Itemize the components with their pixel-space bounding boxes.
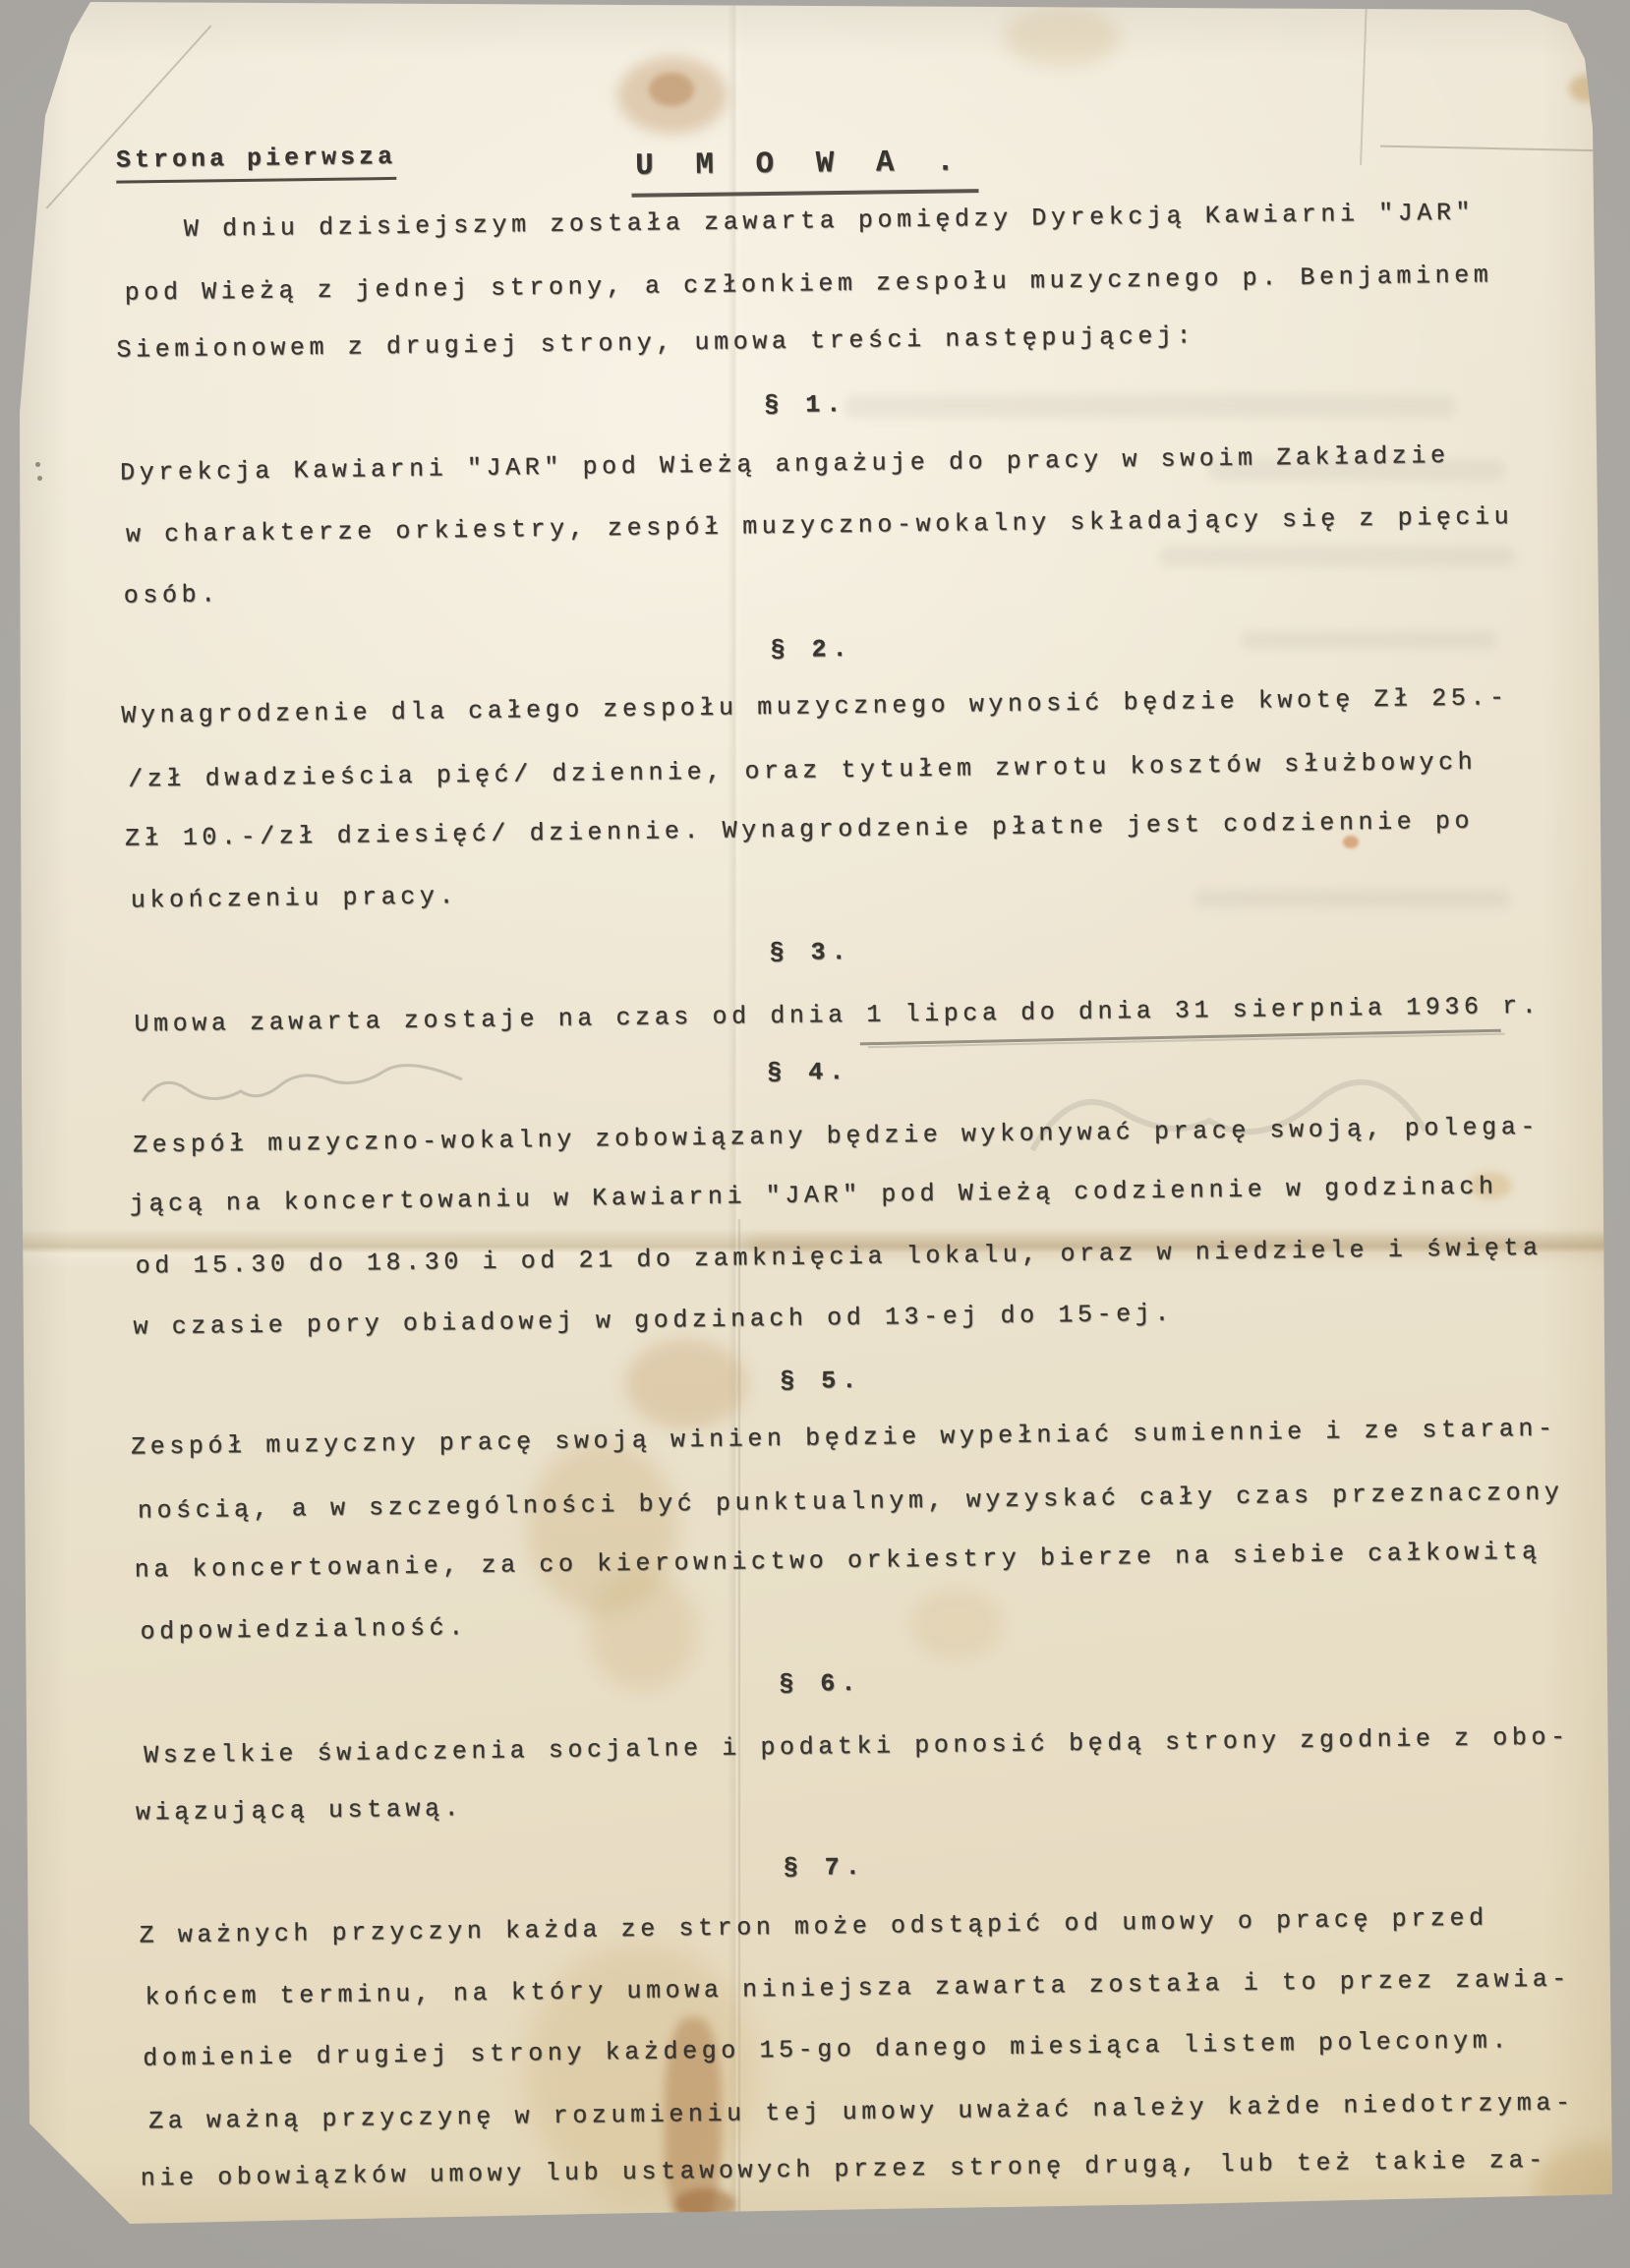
contract-line: /zł dwadzieścia pięć/ dziennie, oraz tyt… (128, 748, 1477, 794)
stain-top-center-core (649, 73, 694, 106)
showthrough-ghost (1194, 890, 1509, 907)
document-title: U M O W A . (631, 145, 978, 198)
typewritten-text: Strona pierwsza U M O W A . W dniu dzisi… (0, 0, 1630, 2268)
pencil-underline-dates (860, 1029, 1501, 1046)
contract-line: pod Wieżą z jednej strony, a członkiem z… (125, 261, 1493, 307)
contract-line: nie obowiązków umowy lub ustawowych prze… (141, 2146, 1547, 2193)
showthrough-ghost (1209, 460, 1504, 480)
stain-right-middle (1469, 1172, 1512, 1199)
contract-line: od 15.30 do 18.30 i od 21 do zamknięcia … (136, 1234, 1543, 1281)
contract-line: wiązującą ustawą. (136, 1794, 464, 1827)
stain-bottom-edge (674, 2188, 735, 2220)
stain-center-right (910, 1589, 1003, 1659)
stain-top-right-edge (1569, 75, 1604, 102)
contract-line: Umowa zawarta zostaje na czas od dnia 1 … (134, 992, 1541, 1039)
photo-of-contract: Strona pierwsza U M O W A . W dniu dzisi… (0, 0, 1630, 2268)
showthrough-ghost (1160, 547, 1514, 566)
contract-line: Zł 10.-/zł dziesięć/ dziennie. Wynagrodz… (125, 807, 1474, 853)
pencil-scribble-left (138, 1057, 472, 1126)
contract-line: Wszelkie świadczenia socjalne i podatki … (144, 1722, 1570, 1770)
stain-center-1 (625, 1339, 747, 1429)
top-left-corner-crease (46, 25, 212, 208)
section-heading: § 1. (764, 390, 846, 420)
contract-line: w charakterze orkiestry, zespół muzyczno… (126, 502, 1514, 549)
contract-line: w czasie pory obiadowej w godzinach od 1… (133, 1300, 1174, 1342)
contract-line: na koncertowanie, za co kierownictwo ork… (135, 1538, 1542, 1585)
showthrough-ghost (1241, 631, 1496, 649)
top-right-crease-horizontal (1380, 145, 1604, 152)
section-heading: § 3. (769, 938, 851, 967)
contract-line: osób. (124, 580, 220, 610)
contract-line: Siemionowem z drugiej strony, umowa treś… (116, 321, 1195, 364)
stain-bottom-right-corner (1534, 2143, 1630, 2232)
vertical-fold-crease (728, 0, 743, 2268)
contract-line: Za ważną przyczynę w rozumieniu tej umow… (148, 2088, 1575, 2135)
section-heading: § 7. (784, 1853, 866, 1883)
stain-top-smudge (1003, 8, 1121, 67)
contract-line: Dyrekcja Kawiarni "JAR" pod Wieżą angażu… (120, 441, 1450, 488)
contract-body: W dniu dzisiejszym została zawarta pomię… (0, 0, 1628, 4)
stain-fleck (1343, 836, 1359, 848)
contract-line: Wynagrodzenie dla całego zespołu muzyczn… (121, 683, 1509, 729)
stain-center-3 (588, 1571, 698, 1691)
section-heading: § 2. (770, 635, 852, 665)
contract-line: jącą na koncertowaniu w Kawiarni "JAR" p… (130, 1172, 1498, 1218)
section-heading: § 5. (780, 1367, 862, 1396)
paper-sheet: Strona pierwsza U M O W A . W dniu dzisi… (0, 0, 1630, 2268)
stain-bottom-drip (665, 2017, 722, 2229)
vertical-fold-crease-line (738, 1219, 740, 2229)
stain-center-2 (527, 1441, 678, 1614)
section-heading: § 6. (779, 1669, 861, 1699)
stain-bottom-halo (525, 1942, 756, 2202)
stain-top-center (617, 57, 728, 134)
contract-line: nością, a w szczególności być punktualny… (138, 1478, 1564, 1525)
contract-line: W dniu dzisiejszym została zawarta pomię… (184, 199, 1476, 244)
contract-line: Zespół muzyczny pracę swoją winien będzi… (131, 1415, 1557, 1462)
pencil-scribble-right (1022, 1062, 1435, 1190)
contract-line: ukończeniu pracy. (131, 882, 459, 914)
horizontal-fold-crease-right (750, 1237, 1630, 1258)
contract-line: Zespół muzyczno-wokalny zobowiązany będz… (133, 1113, 1540, 1160)
section-heading: § 4. (767, 1058, 849, 1087)
contract-line: Z ważnych przyczyn każda ze stron może o… (139, 1904, 1487, 1950)
horizontal-fold-crease (0, 1229, 1630, 1268)
page-label: Strona pierwsza (116, 143, 397, 184)
contract-line: odpowiedzialność. (140, 1613, 468, 1646)
contract-line: domienie drugiej strony każdego 15-go da… (143, 2026, 1511, 2072)
top-right-crease-vertical (1360, 0, 1368, 165)
margin-mark (35, 462, 43, 486)
contract-line: końcem terminu, na który umowa niniejsza… (145, 1964, 1571, 2011)
showthrough-ghost (845, 395, 1455, 417)
